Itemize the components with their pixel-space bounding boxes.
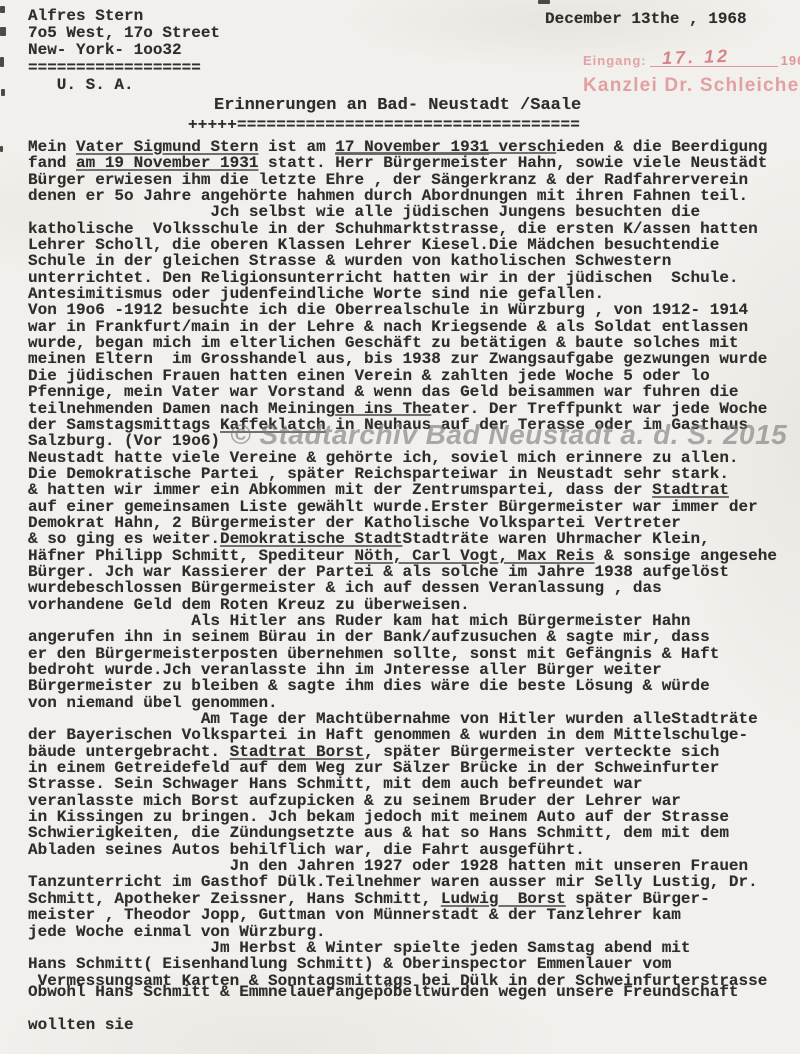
pencil-marked-text: am 19 November 1931 — [76, 154, 258, 172]
typed-text: Am Tage der Machtübernahme von Hitler wu… — [28, 710, 758, 728]
text-line: auf einer gemeinsamen Liste gewählt wurd… — [28, 499, 777, 515]
typed-text: Stadträte waren Uhrmacher Klein, — [402, 530, 709, 548]
typed-text: in Kissingen zu bringen. Jch bekam jedoc… — [28, 808, 729, 826]
text-line: Am Tage der Machtübernahme von Hitler wu… — [28, 711, 777, 727]
text-line: denen er 5o Jahre angehörte hahmen durch… — [28, 188, 777, 204]
typed-text: denen er 5o Jahre angehörte hahmen durch… — [28, 187, 748, 205]
typed-text: & sonsige angesehe — [595, 547, 777, 565]
typed-text: der Bayerischen Volkspartei in Haft geno… — [28, 726, 748, 744]
text-line: Jm Herbst & Winter spielte jeden Samstag… — [28, 940, 777, 956]
text-line: Bürger. Jch war Kassierer der Partei & a… — [28, 564, 777, 580]
typed-text: Bürger erwiesen ihm die letzte Ehre , de… — [28, 171, 748, 189]
typed-text: Schmitt, Apotheker Zeissner, Hans Schmit… — [28, 890, 441, 908]
typed-text: meister , Theodor Jopp, Guttman von Münn… — [28, 906, 681, 924]
typed-text: Bürgermeister zu bleiben & sagte ihm die… — [28, 677, 710, 695]
typed-text: fand — [28, 154, 76, 172]
text-line: Mein Vater Sigmund Stern ist am 17 Novem… — [28, 139, 777, 155]
typed-text: & hatten wir immer ein Abkommen mit der … — [28, 481, 652, 499]
title-underline-rule: +++++=================================== — [188, 116, 580, 134]
text-line: New- York- 1oo32 — [28, 42, 220, 59]
text-line: teilnehmenden Damen nach Meiningen ins T… — [28, 401, 777, 417]
scan-speck — [0, 27, 6, 36]
text-line: meinen Eltern im Grosshandel aus, bis 19… — [28, 351, 777, 367]
typed-text: & so ging es weiter. — [28, 530, 220, 548]
text-line: angerufen ihn in seinem Bürau in der Ban… — [28, 629, 777, 645]
typed-text: Jn den Jahren 1927 oder 1928 hatten mit … — [28, 857, 748, 875]
typed-text: veranlasste mich Borst aufzupicken & zu … — [28, 792, 681, 810]
text-line: jede Woche einmal von Würzburg. — [28, 924, 777, 940]
typed-text: bäude untergebracht. — [28, 743, 230, 761]
typed-text: Tanzunterricht im Gasthof Dülk.Teilnehme… — [28, 873, 758, 891]
typed-text: wurde, began mich im elterlichen Geschäf… — [28, 334, 739, 352]
text-line: in einem Getreidefeld auf dem Weg zur Sä… — [28, 760, 777, 776]
text-line: er den Bürgermeisterposten übernehmen so… — [28, 646, 777, 662]
pencil-marked-text: Demokratische Stadt — [220, 530, 402, 548]
text-line: Von 19o6 -1912 besuchte ich die Oberreal… — [28, 302, 777, 318]
typed-text: wurdebeschlossen Bürgermeister & ich auf… — [28, 579, 662, 597]
typed-text: von niemand übel genommen. — [28, 694, 278, 712]
pencil-marked-text: Nöth, Carl Vogt, Max Reis — [354, 547, 594, 565]
typed-text: Von 19o6 -1912 besuchte ich die Oberreal… — [28, 301, 748, 319]
text-line: Neustadt hatte viele Vereine & gehörte i… — [28, 450, 777, 466]
stamp-handwritten-date: 17. 12 — [661, 46, 730, 69]
typed-text: vorhandene Geld dem Roten Kreuz zu überw… — [28, 596, 470, 614]
stamp-year-prefix: 196 — [781, 53, 800, 68]
document-title: Erinnerungen an Bad- Neustadt /Saale — [214, 96, 581, 115]
text-line: bedroht wurde.Jch veranlasste ihn im Jnt… — [28, 662, 777, 678]
text-line: Alfres Stern — [28, 8, 220, 25]
typed-text: Hans Schmitt( Eisenhandlung Schmitt) & O… — [28, 955, 671, 973]
letter-date: December 13the , 1968 — [545, 10, 747, 28]
text-line — [28, 1000, 777, 1016]
typed-text: teilnehmenden Damen nach Meiningen ins T… — [28, 400, 767, 418]
typed-text: Antesimitismus oder judenfeindliche Wort… — [28, 285, 604, 303]
typed-text: Demokrat Hahn, 2 Bürgermeister der Katho… — [28, 514, 681, 532]
text-line: Obwohl Hans Schmitt & Emmnelauerangepöbe… — [28, 984, 777, 1000]
stamp-received-label: Eingang: — [583, 53, 647, 68]
stamp-office-name: Kanzlei Dr. Schleiche — [583, 75, 800, 97]
text-line: Antesimitismus oder judenfeindliche Wort… — [28, 286, 777, 302]
typed-text: Schule in der gleichen Strasse & wurden … — [28, 252, 671, 270]
typed-text: Neustadt hatte viele Vereine & gehörte i… — [28, 449, 739, 467]
typed-text: statt. — [258, 154, 335, 172]
text-line: Schule in der gleichen Strasse & wurden … — [28, 253, 777, 269]
typed-text: , später Bürgermeister verteckte sich — [364, 743, 719, 761]
typed-text: Obwohl Hans Schmitt & Emmnelauerangepöbe… — [28, 983, 739, 1001]
pencil-marked-text: Ludwig Borst — [441, 890, 566, 908]
typed-text: Schwierigkeiten, die Zündungsetzte aus &… — [28, 824, 729, 842]
stamp-date-line: 17. 12 — [650, 52, 778, 67]
typed-text: bedroht wurde.Jch veranlasste ihn im Jnt… — [28, 661, 662, 679]
receipt-stamp: Eingang: 17. 12 196 6, Kanzlei Dr. Schle… — [583, 48, 800, 97]
typed-text: Jch selbst wie alle jüdischen Jungens be… — [28, 203, 700, 221]
typed-text: meinen Eltern im Grosshandel aus, bis 19… — [28, 350, 767, 368]
typed-text: war in Frankfurt/main in der Lehre & nac… — [28, 318, 748, 336]
typed-text: später Bürger- — [566, 890, 710, 908]
text-line: Bürger erwiesen ihm die letzte Ehre , de… — [28, 172, 777, 188]
stamp-received-row: Eingang: 17. 12 196 6, — [583, 48, 800, 68]
text-line: Schwierigkeiten, die Zündungsetzte aus &… — [28, 825, 777, 841]
typed-text: Alfres Stern — [28, 7, 143, 25]
text-line: Strasse. Sein Schwager Hans Schmitt, mit… — [28, 776, 777, 792]
text-line: Die jüdischen Frauen hatten einen Verein… — [28, 368, 777, 384]
text-line: der Bayerischen Volkspartei in Haft geno… — [28, 727, 777, 743]
text-line: in Kissingen zu bringen. Jch bekam jedoc… — [28, 809, 777, 825]
text-line: Abladen seines Autos behilflich war, die… — [28, 842, 777, 858]
text-line: & hatten wir immer ein Abkommen mit der … — [28, 482, 777, 498]
text-line: wurdebeschlossen Bürgermeister & ich auf… — [28, 580, 777, 596]
text-line: Jch selbst wie alle jüdischen Jungens be… — [28, 204, 777, 220]
scan-speck — [538, 0, 550, 4]
text-line: wollten sie — [28, 1017, 777, 1033]
typed-text: in einem Getreidefeld auf dem Weg zur Sä… — [28, 759, 719, 777]
pencil-marked-text: Stadtrat — [652, 481, 729, 499]
typed-text: Bürger. Jch war Kassierer der Partei & a… — [28, 563, 729, 581]
text-line: ================== — [28, 60, 220, 77]
scan-speck — [0, 57, 4, 67]
text-line: Die Demokratische Partei , später Reichs… — [28, 466, 777, 482]
letter-body: Mein Vater Sigmund Stern ist am 17 Novem… — [28, 139, 777, 1033]
text-line: war in Frankfurt/main in der Lehre & nac… — [28, 319, 777, 335]
text-line: Schmitt, Apotheker Zeissner, Hans Schmit… — [28, 891, 777, 907]
typed-text: U. S. A. — [28, 76, 134, 94]
scan-speck — [0, 6, 5, 13]
text-line: vorhandene Geld dem Roten Kreuz zu überw… — [28, 597, 777, 613]
typed-text: Die Demokratische Partei , später Reichs… — [28, 465, 729, 483]
text-line: Jn den Jahren 1927 oder 1928 hatten mit … — [28, 858, 777, 874]
text-line: Als Hitler ans Ruder kam hat mich Bürger… — [28, 613, 777, 629]
scan-speck — [0, 146, 3, 152]
scan-speck — [1, 89, 5, 96]
text-line: Lehrer Scholl, die oberen Klassen Lehrer… — [28, 237, 777, 253]
typed-text: katholische Volksschule in der Schuhmark… — [28, 220, 758, 238]
text-line: fand am 19 November 1931 statt. Herr Bür… — [28, 155, 777, 171]
typed-text: New- York- 1oo32 — [28, 41, 182, 59]
pencil-marked-text: Stadtrat Borst — [230, 743, 364, 761]
text-line: unterrichtet. Den Religionsunterricht ha… — [28, 270, 777, 286]
typed-text: Salzburg. (Vor 19o6) — [28, 432, 220, 450]
sender-address-block: Alfres Stern7o5 West, 17o StreetNew- Yor… — [28, 8, 220, 94]
text-line: Pfennige, mein Vater war Vorstand & wenn… — [28, 384, 777, 400]
typed-text: unterrichtet. Den Religionsunterricht ha… — [28, 269, 739, 287]
typed-text: er den Bürgermeisterposten übernehmen so… — [28, 645, 719, 663]
text-line: Hans Schmitt( Eisenhandlung Schmitt) & O… — [28, 956, 777, 972]
text-line: Häfner Philipp Schmitt, Spediteur Nöth, … — [28, 548, 777, 564]
typed-text: jede Woche einmal von Würzburg. — [28, 923, 326, 941]
typed-text: 7o5 West, 17o Street — [28, 24, 220, 42]
text-line: katholische Volksschule in der Schuhmark… — [28, 221, 777, 237]
typed-text: angerufen ihn in seinem Bürau in der Ban… — [28, 628, 710, 646]
text-line: U. S. A. — [28, 77, 220, 94]
typed-text: Häfner Philipp Schmitt, Spediteur — [28, 547, 354, 565]
text-line: & so ging es weiter.Demokratische StadtS… — [28, 531, 777, 547]
archive-watermark: © Stadtarchiv Bad Neustadt a. d. S. 2015 — [230, 419, 787, 451]
text-line: veranlasste mich Borst aufzupicken & zu … — [28, 793, 777, 809]
text-line: wurde, began mich im elterlichen Geschäf… — [28, 335, 777, 351]
scanned-letter-page: { "doc": { "sender_lines": [ "Alfres Ste… — [0, 0, 800, 1054]
typed-text: wollten sie — [28, 1016, 134, 1034]
typed-text: Jm Herbst & Winter spielte jeden Samstag… — [28, 939, 691, 957]
text-line: bäude untergebracht. Stadtrat Borst, spä… — [28, 744, 777, 760]
typed-text: Die jüdischen Frauen hatten einen Verein… — [28, 367, 710, 385]
typed-text: , sowie viele Neustädt — [556, 154, 767, 172]
typed-text: Pfennige, mein Vater war Vorstand & wenn… — [28, 383, 739, 401]
typed-text: Lehrer Scholl, die oberen Klassen Lehrer… — [28, 236, 719, 254]
text-line: Tanzunterricht im Gasthof Dülk.Teilnehme… — [28, 874, 777, 890]
text-line: Bürgermeister zu bleiben & sagte ihm die… — [28, 678, 777, 694]
text-line: von niemand übel genommen. — [28, 695, 777, 711]
text-line: meister , Theodor Jopp, Guttman von Münn… — [28, 907, 777, 923]
typed-text: Strasse. Sein Schwager Hans Schmitt, mit… — [28, 775, 643, 793]
typed-text: Als Hitler ans Ruder kam hat mich Bürger… — [28, 612, 691, 630]
typed-text: der Samstagsmittags — [28, 416, 220, 434]
typed-text: auf einer gemeinsamen Liste gewählt wurd… — [28, 498, 758, 516]
pencil-marked-text: Herr Bürgermeister Hahn — [335, 154, 556, 172]
typed-text: ================== — [28, 59, 201, 77]
text-line: 7o5 West, 17o Street — [28, 25, 220, 42]
typed-text: Abladen seines Autos behilflich war, die… — [28, 841, 585, 859]
text-line: Demokrat Hahn, 2 Bürgermeister der Katho… — [28, 515, 777, 531]
